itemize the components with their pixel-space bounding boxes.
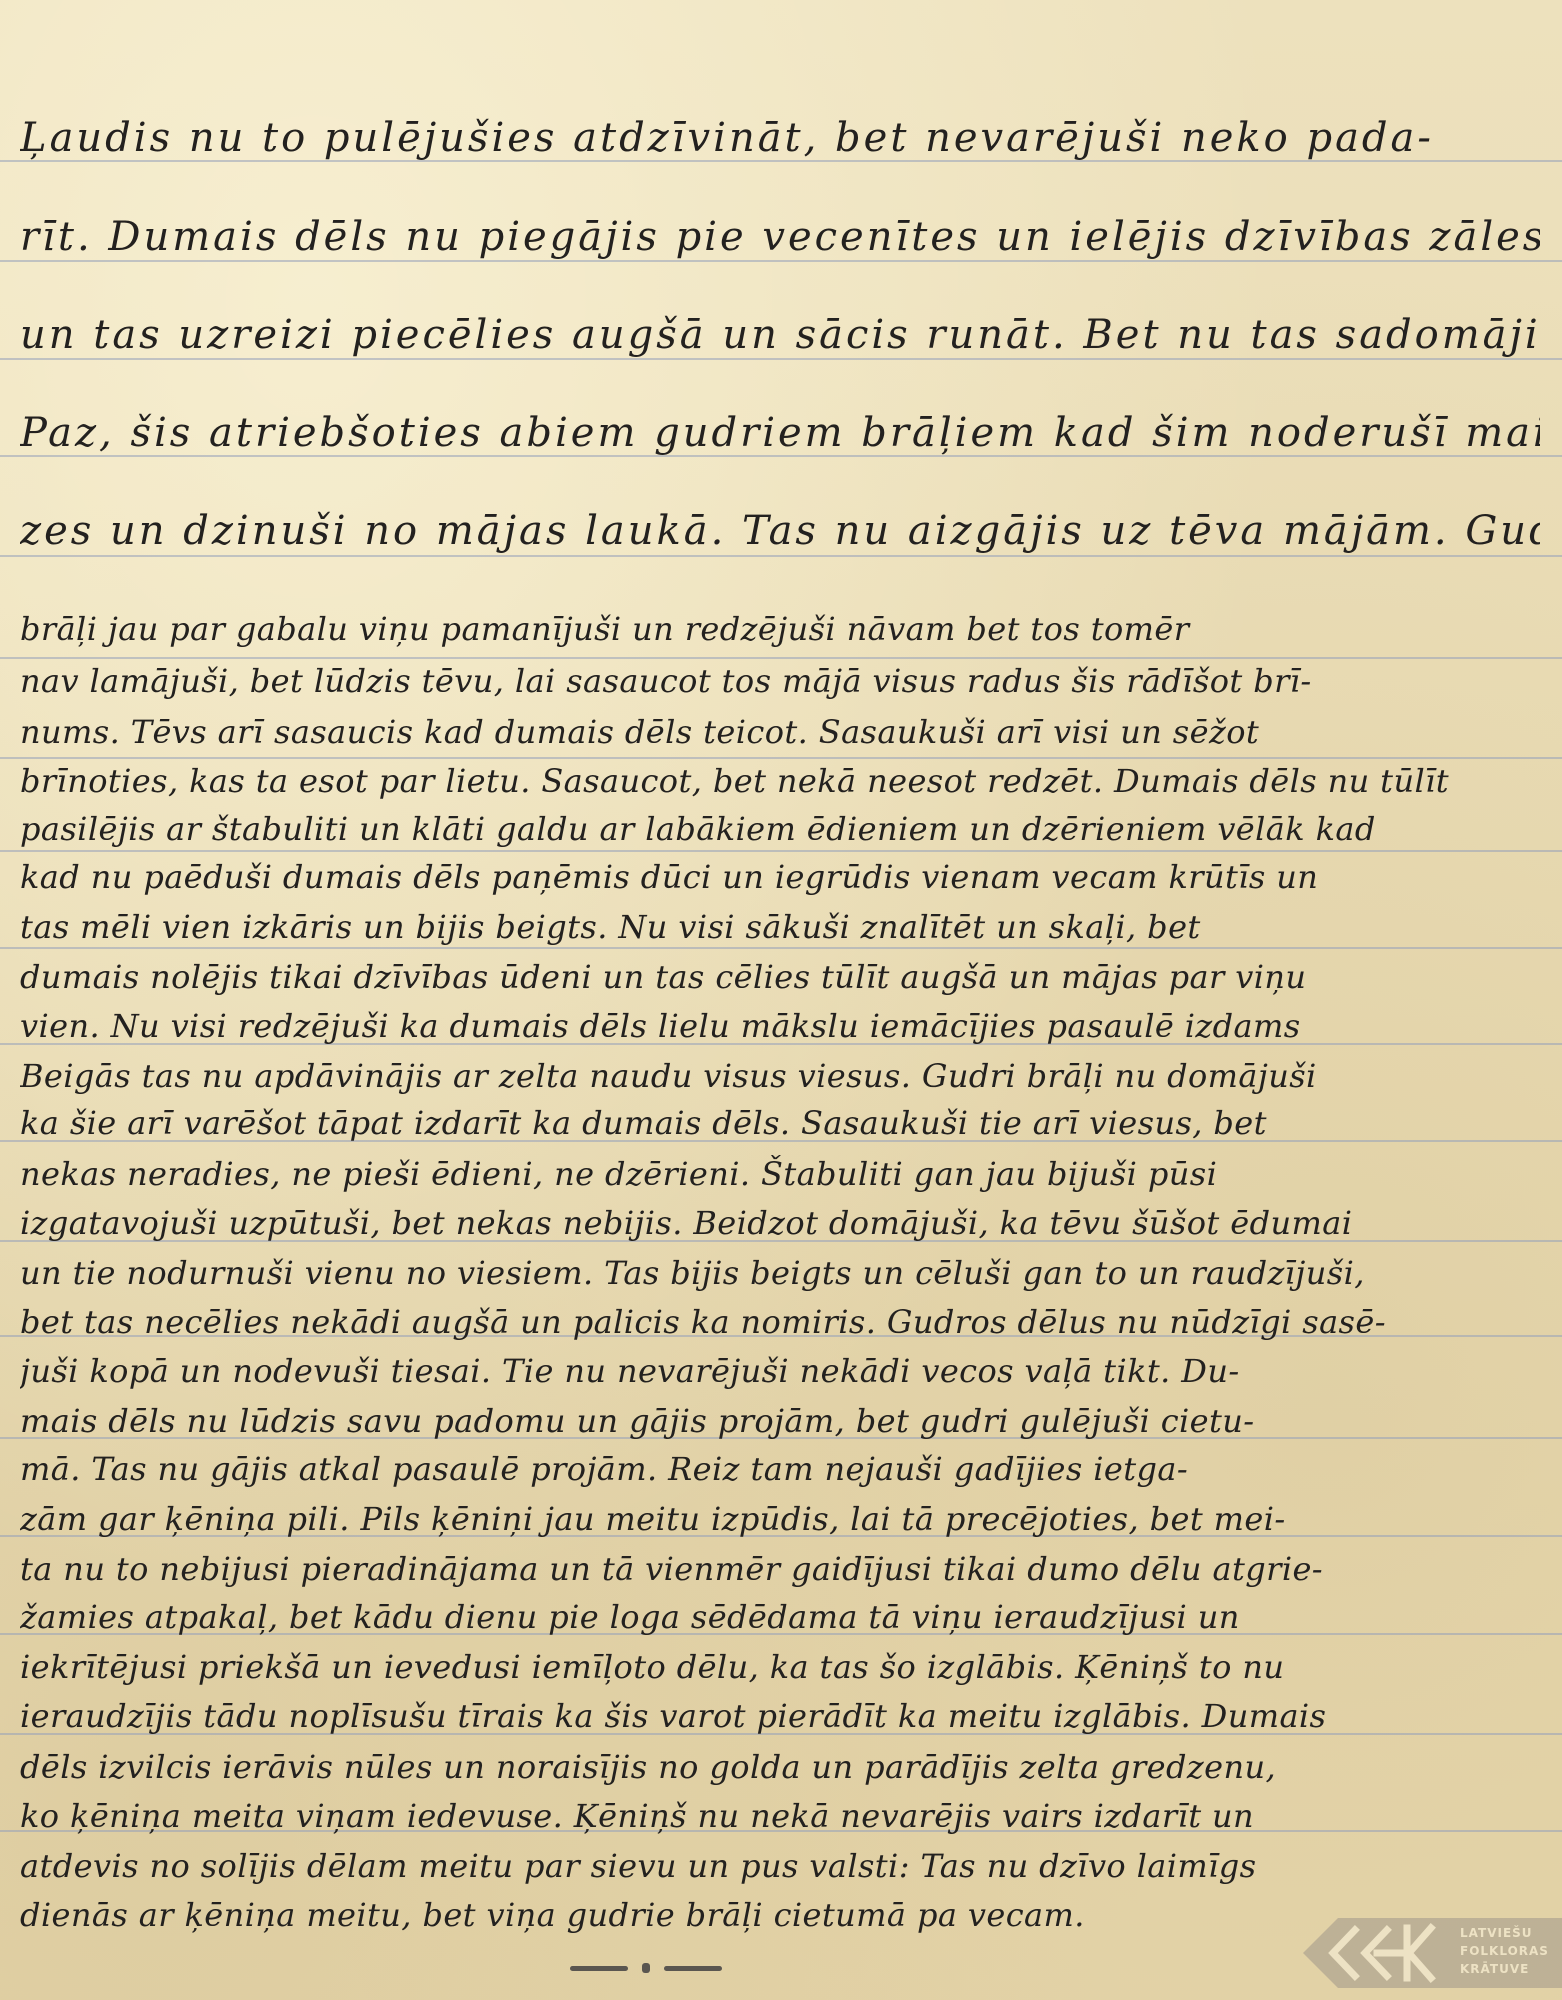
text-line: un tie nodurnuši vienu no viesiem. Tas b… [20,1254,1540,1292]
text-line: pasilējis ar štabuliti un klāti galdu ar… [20,810,1540,848]
text-line: tas mēli vien izkāris un bijis beigts. N… [20,908,1540,946]
text-line: mā. Tas nu gājis atkal pasaulē projām. R… [20,1450,1540,1488]
text-line: rīt. Dumais dēls nu piegājis pie vecenīt… [20,214,1540,260]
text-line: Ļaudis nu to pulējušies atdzīvināt, bet … [20,115,1540,161]
text-line: ta nu to nebijusi pieradinājama un tā vi… [20,1550,1540,1588]
end-of-text-mark [570,1963,722,1973]
handwritten-text: Ļaudis nu to pulējušies atdzīvināt, bet … [0,0,1562,2000]
end-mark-dash [570,1966,628,1971]
end-mark-dot [642,1963,650,1973]
text-line: bet tas necēlies nekādi augšā un palicis… [20,1303,1540,1341]
text-line: atdevis no solījis dēlam meitu par sievu… [20,1847,1540,1885]
text-line: un tas uzreizi piecēlies augšā un sācis … [20,312,1540,358]
text-line: Beigās tas nu apdāvinājis ar zelta naudu… [20,1057,1540,1095]
text-line: žamies atpakaļ, bet kādu dienu pie loga … [20,1598,1540,1636]
text-line: zes un dzinuši no mājas laukā. Tas nu ai… [20,508,1540,554]
text-line: kad nu paēduši dumais dēls paņēmis dūci … [20,858,1540,896]
end-mark-dash [664,1966,722,1971]
text-line: juši kopā un nodevuši tiesai. Tie nu nev… [20,1352,1540,1390]
text-line: ko ķēniņa meita viņam iedevuse. Ķēniņš n… [20,1797,1540,1835]
text-line: iekrītējusi priekšā un ievedusi iemīļoto… [20,1648,1540,1686]
text-line: ka šie arī varēšot tāpat izdarīt ka duma… [20,1104,1540,1142]
text-line: dēls izvilcis ierāvis nūles un noraisīji… [20,1748,1540,1786]
text-line: brāļi jau par gabalu viņu pamanījuši un … [20,610,1540,648]
manuscript-page: Ļaudis nu to pulējušies atdzīvināt, bet … [0,0,1562,2000]
logo-text-line: LATVIEŠU [1460,1924,1560,1942]
text-line: nekas neradies, ne pieši ēdieni, ne dzēr… [20,1155,1540,1193]
text-line: ieraudzījis tādu noplīsušu tīrais ka šis… [20,1697,1540,1735]
text-line: zām gar ķēniņa pili. Pils ķēniņi jau mei… [20,1500,1540,1538]
text-line: nums. Tēvs arī sasaucis kad dumais dēls … [20,713,1540,751]
text-line: Paz, šis atriebšoties abiem gudriem brāļ… [20,410,1540,456]
text-line: nav lamājuši, bet lūdzis tēvu, lai sasau… [20,662,1540,700]
text-line: brīnoties, kas ta esot par lietu. Sasauc… [20,762,1540,800]
text-line: dumais nolējis tikai dzīvības ūdeni un t… [20,958,1540,996]
text-line: izgatavojuši uzpūtuši, bet nekas nebijis… [20,1204,1540,1242]
archive-logo-text: LATVIEŠU FOLKLORAS KRĀTUVE [1460,1924,1560,1978]
text-line: mais dēls nu lūdzis savu padomu un gājis… [20,1402,1540,1440]
logo-text-line: KRĀTUVE [1460,1960,1560,1978]
text-line: vien. Nu visi redzējuši ka dumais dēls l… [20,1007,1540,1045]
logo-text-line: FOLKLORAS [1460,1942,1560,1960]
